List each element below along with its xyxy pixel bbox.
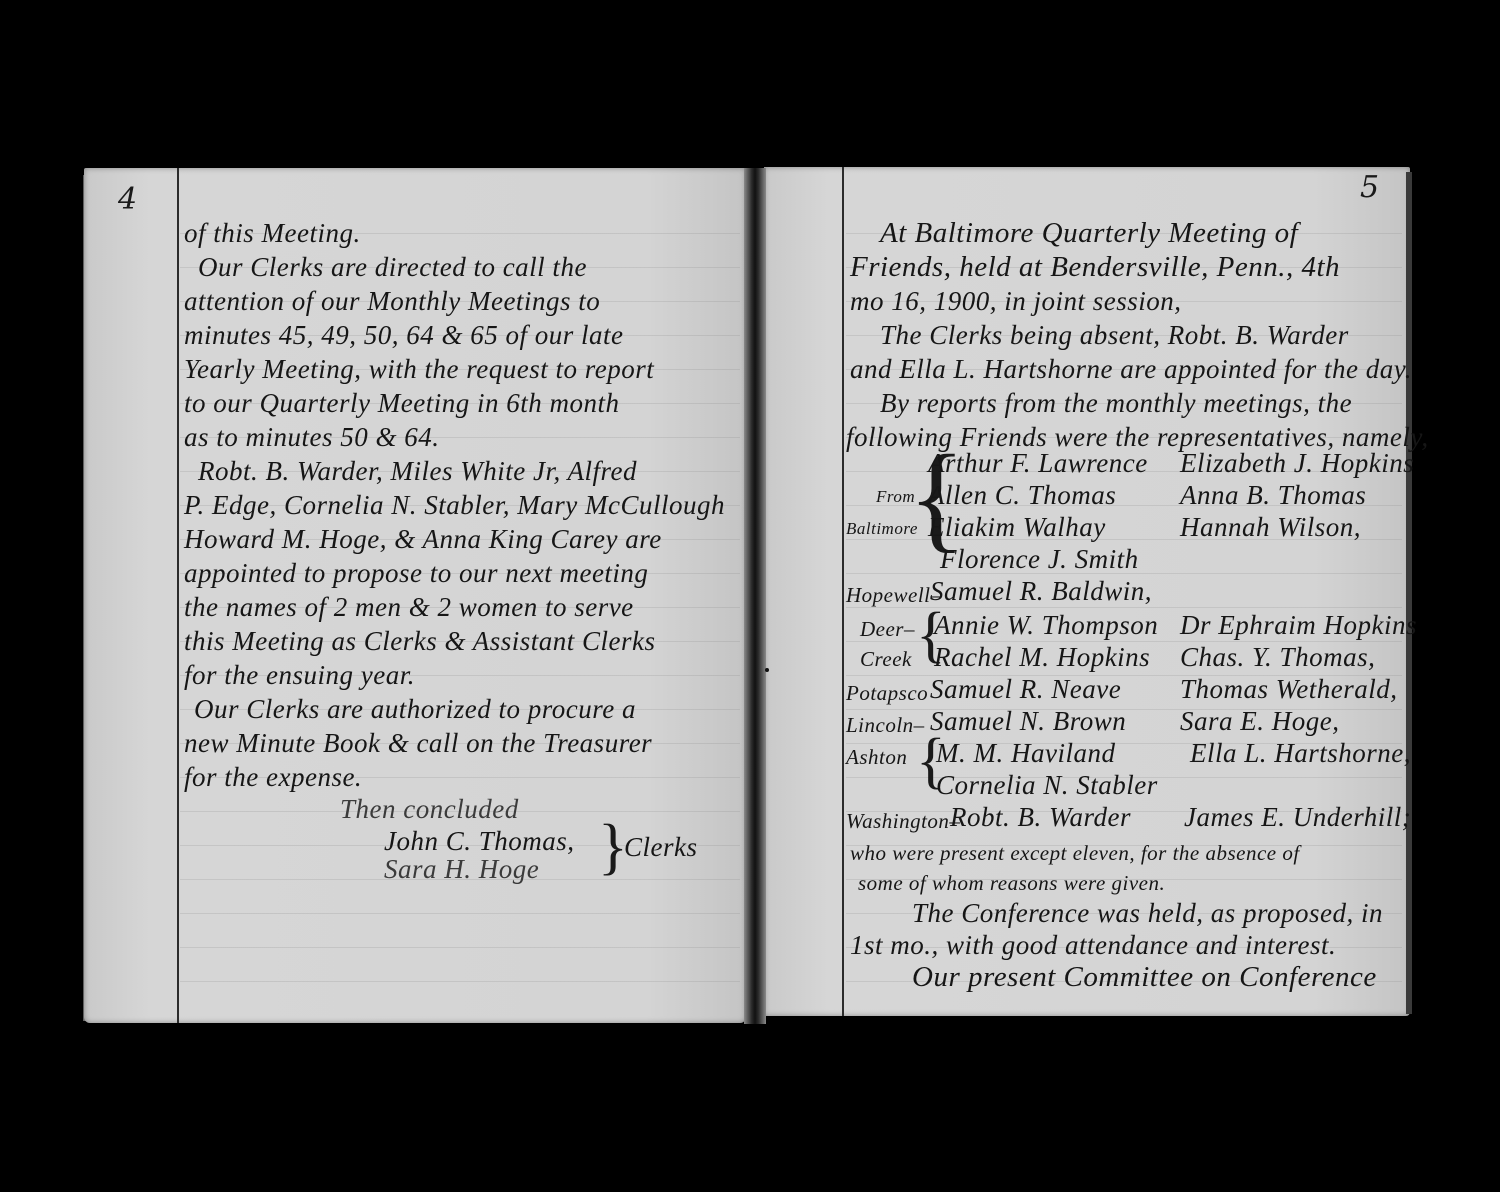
rep-deer-creek-2: Rachel M. Hopkins (934, 640, 1150, 674)
rep-lincoln-2: Sara E. Hoge, (1180, 704, 1339, 738)
closing-line-2: some of whom reasons were given. (858, 866, 1165, 900)
binding-mark (765, 668, 769, 672)
rep-hopewell-1: Samuel R. Baldwin, (930, 574, 1152, 608)
left-line-4: minutes 45, 49, 50, 64 & 65 of our late (184, 318, 624, 352)
intro-line-2: and Ella L. Hartshorne are appointed for… (850, 352, 1412, 386)
heading-line-3: mo 16, 1900, in joint session, (850, 284, 1182, 318)
left-line-6: to our Quarterly Meeting in 6th month (184, 386, 619, 420)
closing-line-3: The Conference was held, as proposed, in (912, 896, 1383, 930)
rep-patapsco-1: Samuel R. Neave (930, 672, 1121, 706)
rep-ashton-3: Ella L. Hartshorne, (1190, 736, 1411, 770)
left-line-11: appointed to propose to our next meeting (184, 556, 648, 590)
meeting-label-washington: Washington– (846, 804, 960, 838)
closing-then-concluded: Then concluded (340, 792, 519, 826)
left-line-10: Howard M. Hoge, & Anna King Carey are (184, 522, 662, 556)
intro-line-1: The Clerks being absent, Robt. B. Warder (880, 318, 1349, 352)
meeting-label-creek: Creek (860, 642, 912, 676)
left-line-15: Our Clerks are authorized to procure a (194, 692, 636, 726)
rep-baltimore-3: Eliakim Walhay (928, 510, 1106, 544)
rep-ashton-2: Cornelia N. Stabler (936, 768, 1158, 802)
rep-deer-creek-3: Dr Ephraim Hopkins (1180, 608, 1417, 642)
rep-deer-creek-1: Annie W. Thompson (934, 608, 1158, 642)
closing-line-5: Our present Committee on Conference (912, 960, 1377, 994)
left-line-8: Robt. B. Warder, Miles White Jr, Alfred (198, 454, 637, 488)
signature-role-clerks: Clerks (624, 830, 698, 864)
rep-baltimore-1: Arthur F. Lawrence (928, 446, 1148, 480)
left-line-9: P. Edge, Cornelia N. Stabler, Mary McCul… (184, 488, 725, 522)
rep-washington-1: Robt. B. Warder (950, 800, 1131, 834)
rep-baltimore-5: Elizabeth J. Hopkins (1180, 446, 1414, 480)
meeting-label-deer: Deer– (860, 612, 915, 646)
signature-sara-h-hoge: Sara H. Hoge (384, 852, 539, 886)
page-number-left: 4 (118, 182, 137, 217)
left-line-1: of this Meeting. (184, 216, 361, 250)
closing-line-4: 1st mo., with good attendance and intere… (850, 928, 1336, 962)
left-line-3: attention of our Monthly Meetings to (184, 284, 600, 318)
rep-baltimore-2: Allen C. Thomas (928, 478, 1116, 512)
rep-baltimore-4: Florence J. Smith (940, 542, 1139, 576)
closing-line-1: who were present except eleven, for the … (850, 836, 1300, 870)
heading-line-2: Friends, held at Bendersville, Penn., 4t… (850, 250, 1340, 284)
left-line-2: Our Clerks are directed to call the (198, 250, 587, 284)
meeting-label-lincoln: Lincoln– (846, 708, 925, 742)
rep-lincoln-1: Samuel N. Brown (930, 704, 1126, 738)
left-line-5: Yearly Meeting, with the request to repo… (184, 352, 654, 386)
rep-patapsco-2: Thomas Wetherald, (1180, 672, 1398, 706)
rep-baltimore-7: Hannah Wilson, (1180, 510, 1361, 544)
left-line-17: for the expense. (184, 760, 362, 794)
meeting-label-ashton: Ashton (846, 740, 907, 774)
rep-washington-2: James E. Underhill; (1184, 800, 1411, 834)
rep-ashton-1: M. M. Haviland (936, 736, 1115, 770)
intro-line-3: By reports from the monthly meetings, th… (880, 386, 1352, 420)
rep-baltimore-6: Anna B. Thomas (1180, 478, 1366, 512)
left-line-16: new Minute Book & call on the Treasurer (184, 726, 652, 760)
left-line-7: as to minutes 50 & 64. (184, 420, 440, 454)
page-number-right: 5 (1360, 170, 1379, 205)
left-line-12: the names of 2 men & 2 women to serve (184, 590, 634, 624)
rep-deer-creek-4: Chas. Y. Thomas, (1180, 640, 1375, 674)
page-stack-edge-right (1406, 172, 1412, 1014)
left-line-13: this Meeting as Clerks & Assistant Clerk… (184, 624, 656, 658)
book-gutter (744, 168, 766, 1024)
margin-rule-left (177, 168, 179, 1023)
meeting-label-patapsco: Potapsco (846, 676, 928, 710)
heading-line-1: At Baltimore Quarterly Meeting of (880, 216, 1298, 250)
left-line-14: for the ensuing year. (184, 658, 415, 692)
margin-rule-right (842, 167, 844, 1016)
